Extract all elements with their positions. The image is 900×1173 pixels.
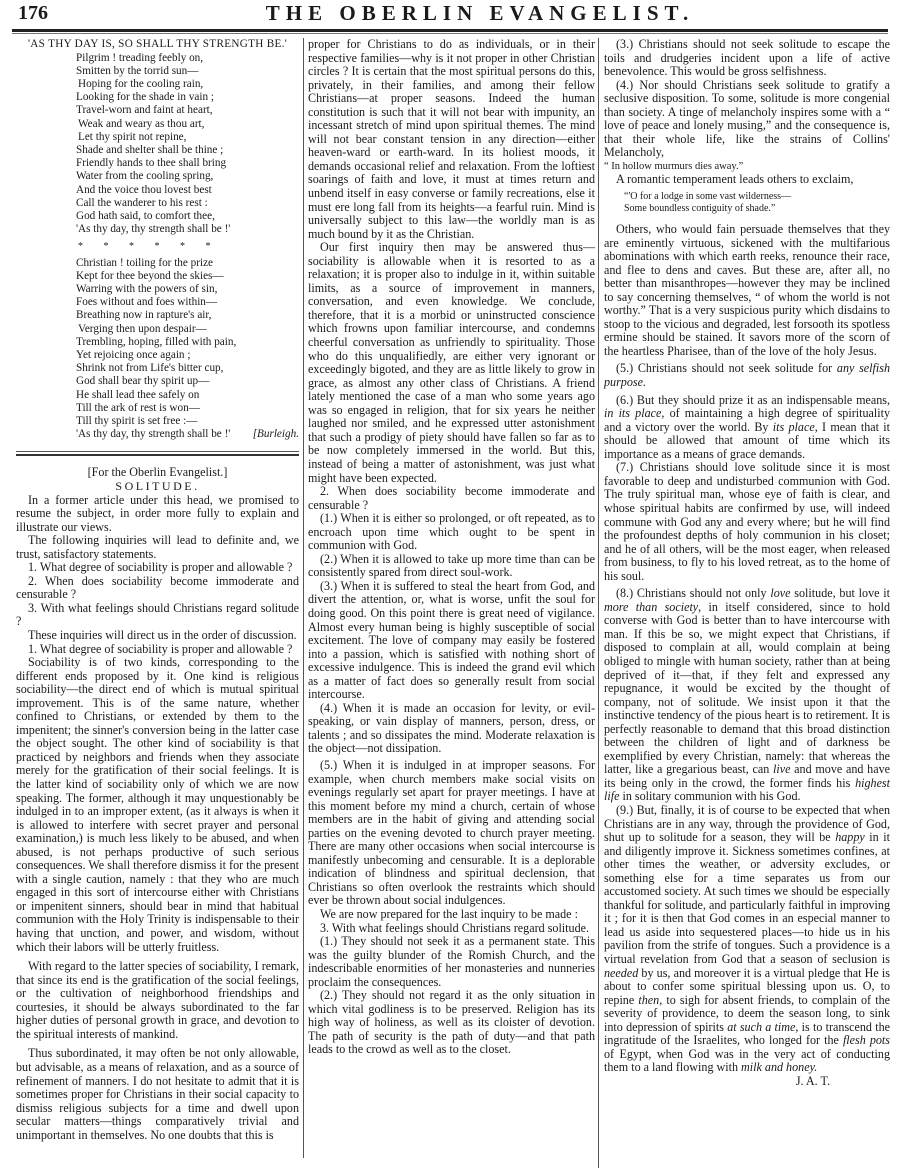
poem-line: Kept for thee beyond the skies— (76, 270, 299, 283)
poem-line: Weak and weary as thou art, (76, 118, 299, 131)
poem-line: Call the wanderer to his rest : (76, 197, 299, 210)
article-paragraph: These inquiries will direct us in the or… (16, 629, 299, 643)
poem-line: Foes without and foes within— (76, 296, 299, 309)
poem-line: Looking for the shade in vain ; (76, 91, 299, 104)
poem-stanza-1: Pilgrim ! treading feebly on, Smitten by… (76, 52, 299, 429)
verse-quote: “'O for a lodge in some vast wilderness—… (624, 191, 890, 215)
article-question: 1. What degree of sociability is proper … (16, 643, 299, 657)
article-point: (1.) When it is either so prolonged, or … (308, 512, 595, 553)
poem-line: Yet rejoicing once again ; (76, 349, 299, 362)
article-paragraph: proper for Christians to do as individua… (308, 38, 595, 241)
poem-line: He shall lead thee safely on (76, 389, 299, 402)
article-question: 1. What degree of sociability is proper … (16, 561, 299, 575)
article-question: 2. When does sociability become immodera… (308, 485, 595, 512)
poem-line: Breathing now in rapture's air, (76, 309, 299, 322)
article-question: 3. With what feelings should Christians … (16, 602, 299, 629)
article-paragraph: The following inquiries will lead to def… (16, 534, 299, 561)
poem-line: 'As thy day, thy strength shall be !' (76, 428, 230, 441)
article-point: (2.) When it is allowed to take up more … (308, 553, 595, 580)
poem-final-line: 'As thy day, thy strength shall be !' [B… (76, 428, 299, 441)
author-signature: J. A. T. (796, 1075, 890, 1089)
signature-line: J. A. T. (604, 1075, 890, 1089)
poem-line: Let thy spirit not repine, (76, 131, 299, 144)
article-paragraph: We are now prepared for the last inquiry… (308, 908, 595, 922)
masthead: 176 THE OBERLIN EVANGELIST. (0, 0, 900, 30)
block-quote: “ In hollow murmurs dies away.” (604, 160, 890, 174)
poem-line: God hath said, to comfort thee, (76, 210, 299, 223)
poem-line: Travel-worn and faint at heart, (76, 104, 299, 117)
article-point: (4.) Nor should Christians seek solitude… (604, 79, 890, 160)
section-divider (16, 451, 299, 452)
poem-attribution: [Burleigh. (253, 428, 299, 441)
article-point: (5.) Christians should not seek solitude… (604, 362, 890, 389)
poem-title: 'AS THY DAY IS, SO SHALL THY STRENGTH BE… (16, 38, 299, 52)
poem-line: Christian ! toiling for the prize (76, 257, 299, 270)
article-point: (2.) They should not regard it as the on… (308, 989, 595, 1057)
article-title: SOLITUDE. (16, 480, 299, 494)
article-point: (8.) Christians should not only love sol… (604, 587, 890, 804)
section-divider-thick (16, 454, 299, 456)
article-paragraph: Our first inquiry then may be answered t… (308, 241, 595, 485)
stanza-break-stars: * * * * * * (76, 240, 299, 253)
article-point: (4.) When it is made an occasion for lev… (308, 702, 595, 756)
article-paragraph: Thus subordinated, it may often be not o… (16, 1047, 299, 1142)
poem-line: Shade and shelter shall be thine ; (76, 144, 299, 157)
article-source: [For the Oberlin Evangelist.] (16, 466, 299, 480)
article-point: (5.) When it is indulged in at improper … (308, 759, 595, 908)
article-point: (3.) Christians should not seek solitude… (604, 38, 890, 79)
quote-line: Some boundless contiguity of shade.” (624, 203, 890, 215)
column-divider (303, 38, 304, 1158)
article-paragraph: A romantic temperament leads others to e… (604, 173, 890, 187)
article-question: 2. When does sociability become immodera… (16, 575, 299, 602)
poem-line: God shall bear thy spirit up— (76, 375, 299, 388)
poem-line: Till thy spirit is set free :— (76, 415, 299, 428)
masthead-rule-thin (12, 33, 888, 34)
article-paragraph: In a former article under this head, we … (16, 494, 299, 535)
article-paragraph: Others, who would fain persuade themselv… (604, 223, 890, 358)
poem-line: And the voice thou lovest best (76, 184, 299, 197)
quote-line: “'O for a lodge in some vast wilderness— (624, 191, 890, 203)
article-point: (6.) But they should prize it as an indi… (604, 394, 890, 462)
article-point: (9.) But, finally, it is of course to be… (604, 804, 890, 1075)
poem-line: Verging then upon despair— (76, 323, 299, 336)
article-point: (3.) When it is suffered to steal the he… (308, 580, 595, 702)
poem-line: Till the ark of rest is won— (76, 402, 299, 415)
masthead-rule (12, 29, 888, 32)
column-3: (3.) Christians should not seek solitude… (604, 38, 890, 1088)
article-point: (7.) Christians should love solitude sin… (604, 461, 890, 583)
column-divider (598, 38, 599, 1168)
newspaper-title: THE OBERLIN EVANGELIST. (0, 1, 900, 26)
article-point: (1.) They should not seek it as a perman… (308, 935, 595, 989)
poem-line: Shrink not from Life's bitter cup, (76, 362, 299, 375)
article-question: 3. With what feelings should Christians … (308, 922, 595, 936)
poem-line: Water from the cooling spring, (76, 170, 299, 183)
poem-line: Warring with the powers of sin, (76, 283, 299, 296)
poem-line: Hoping for the cooling rain, (76, 78, 299, 91)
poem-line: Trembling, hoping, filled with pain, (76, 336, 299, 349)
article-paragraph: With regard to the latter species of soc… (16, 960, 299, 1041)
poem-line: Smitten by the torrid sun— (76, 65, 299, 78)
poem-line: Pilgrim ! treading feebly on, (76, 52, 299, 65)
poem-line: Friendly hands to thee shall bring (76, 157, 299, 170)
column-2: proper for Christians to do as individua… (308, 38, 595, 1057)
poem-line: 'As thy day, thy strength shall be !' (76, 223, 299, 236)
article-paragraph: Sociability is of two kinds, correspondi… (16, 656, 299, 954)
column-1: 'AS THY DAY IS, SO SHALL THY STRENGTH BE… (16, 38, 299, 1142)
